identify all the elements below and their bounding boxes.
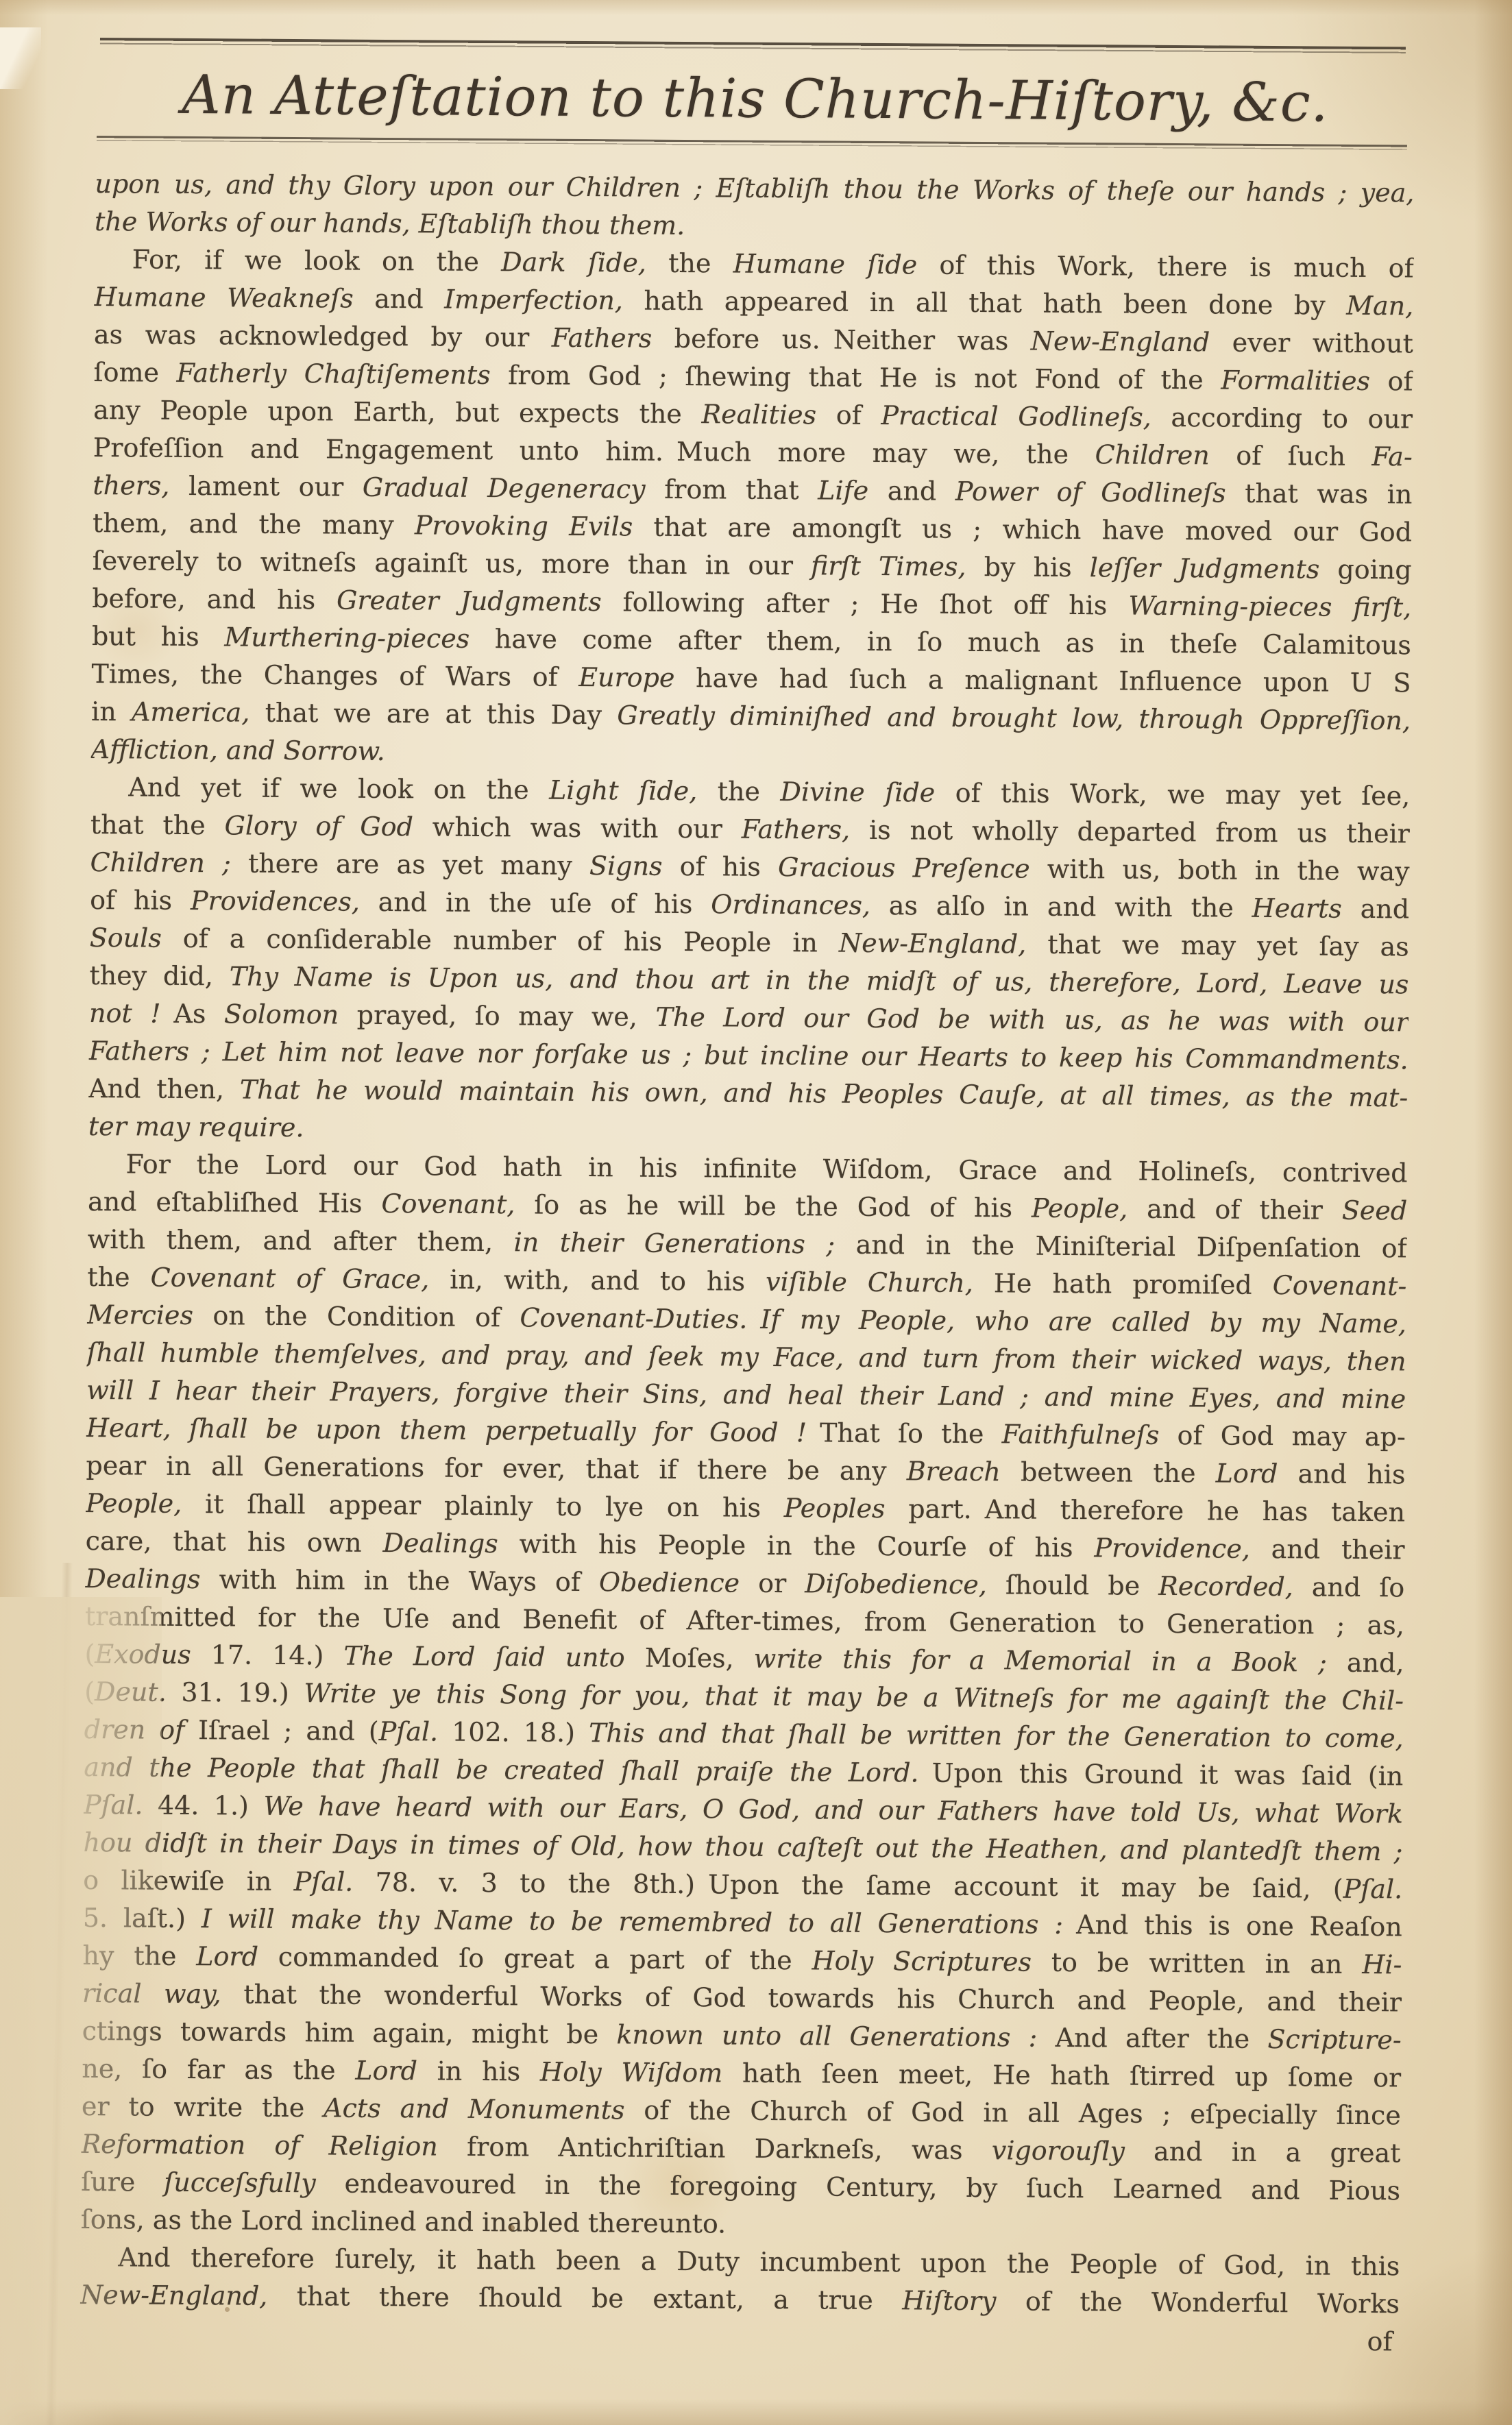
roman-text-run: of the Church of God in all Ages ; eſpec…	[624, 2095, 1401, 2130]
italic-text-run: Provoking Evils	[415, 510, 633, 541]
italic-text-run: Solomon	[224, 999, 339, 1029]
roman-text-run: them, and the many	[93, 508, 415, 540]
italic-text-run: Europe	[578, 662, 674, 693]
italic-text-run: Covenant-	[1273, 1270, 1407, 1301]
roman-text-run: of a conſiderable number of his People i…	[162, 923, 839, 958]
roman-text-run: 44. 1.)	[143, 1790, 263, 1820]
roman-text-run: with him in the Ways of	[200, 1564, 599, 1597]
italic-text-run: Souls	[90, 923, 162, 953]
roman-text-run: er to write the	[82, 2091, 324, 2123]
italic-text-run: known unto all Generations :	[616, 2019, 1037, 2052]
roman-text-run: that there ſhould be extant, a true	[267, 2281, 902, 2315]
roman-text-run: in, with, and to his	[429, 1264, 766, 1296]
italic-text-run: ſucceſsfully	[164, 2167, 316, 2199]
italic-text-run: Power of Godlineſs	[955, 476, 1226, 509]
italic-text-run: Dealings	[382, 1528, 498, 1559]
italic-text-run: Seed	[1342, 1195, 1408, 1226]
italic-text-run: Pſal.	[84, 1790, 143, 1820]
roman-text-run: and of their	[1127, 1193, 1342, 1225]
roman-text-run: And then,	[88, 1073, 240, 1105]
roman-text-run: of God may ap-	[1159, 1420, 1406, 1452]
paragraph: upon us, and thy Glory upon our Children…	[95, 165, 1415, 249]
italic-text-run: The Lord ſaid unto	[343, 1640, 625, 1672]
roman-text-run: hath appeared in all that hath been done…	[623, 285, 1347, 320]
italic-text-run: rical way,	[82, 1978, 221, 2009]
roman-text-run: ſons, as the Lord inclined and inabled t…	[81, 2204, 727, 2239]
roman-text-run: Moſes,	[625, 1642, 754, 1673]
italic-text-run: Holy Wiſdom	[540, 2056, 723, 2088]
italic-text-run: Signs	[589, 851, 663, 881]
roman-text-run: and eſtabliſhed His	[88, 1186, 382, 1219]
italic-text-run: leſſer Judgments	[1090, 552, 1320, 584]
italic-text-run: Recorded,	[1158, 1571, 1293, 1602]
italic-text-run: Scripture-	[1267, 2024, 1402, 2055]
roman-text-run: ever without	[1210, 327, 1413, 358]
italic-text-run: Divine ſide	[780, 777, 935, 808]
page-content: An Atteſtation to this Church-Hiſtory, &…	[80, 38, 1415, 2361]
italic-text-run: upon us, and thy Glory upon our Children…	[95, 169, 1414, 208]
roman-text-run: on the Condition of	[193, 1300, 520, 1332]
roman-text-run: prayed, ſo may we,	[339, 999, 656, 1032]
roman-text-run: from Antichriſtian Darkneſs, was	[438, 2131, 992, 2165]
roman-text-run: in his	[417, 2056, 540, 2086]
roman-text-run: as was acknowledged by our	[94, 319, 552, 353]
roman-text-run: and	[868, 476, 955, 507]
italic-text-run: Deut.	[95, 1677, 167, 1707]
roman-text-run: ſeverely to witneſs againſt us, more tha…	[93, 546, 812, 581]
page-title: An Atteſtation to this Church-Hiſtory, &…	[95, 66, 1415, 134]
roman-text-run: Profeſſion and Engagement unto him. Much…	[93, 432, 1095, 470]
roman-text-run: any People upon Earth, but expects the	[93, 395, 702, 429]
roman-text-run: the	[697, 776, 781, 807]
roman-text-run: but his	[92, 621, 225, 652]
italic-text-run: vigorouſly	[992, 2135, 1125, 2166]
italic-text-run: Acts and Monuments	[324, 2093, 625, 2125]
roman-text-run: Times, the Changes of Wars of	[91, 659, 578, 692]
roman-text-run: 78. v. 3 to the 8th.) Upon the ſame acco…	[353, 1866, 1343, 1903]
italic-text-run: New-England,	[839, 927, 1027, 959]
roman-text-run: have had ſuch a malignant Influence upon…	[674, 663, 1411, 698]
roman-text-run: following after ; He ſhot off his	[602, 587, 1129, 620]
italic-text-run: firſt Times,	[811, 550, 966, 582]
roman-text-run: For the Lord our God hath in his infinit…	[125, 1149, 1407, 1188]
italic-text-run: ter may require.	[88, 1111, 304, 1143]
italic-text-run: Dealings	[85, 1563, 201, 1594]
roman-text-run: and in the uſe of his	[360, 887, 711, 920]
roman-text-run: the	[87, 1262, 151, 1293]
roman-text-run: or	[740, 1568, 805, 1598]
italic-text-run: in their Generations ;	[514, 1227, 836, 1259]
italic-text-run: People,	[1032, 1193, 1128, 1223]
body-text: upon us, and thy Glory upon our Children…	[80, 165, 1415, 2323]
italic-text-run: We have heard with our Ears, O God, and …	[263, 1791, 1403, 1829]
page-corner-chip	[0, 27, 41, 89]
roman-text-run: of this Work, there is much of	[917, 249, 1414, 283]
roman-text-run: is not wholly departed from us their	[850, 815, 1410, 849]
roman-text-run: part. And therefore he has taken	[885, 1494, 1405, 1527]
italic-text-run: Covenant-Duties. If my People, who are c…	[520, 1302, 1406, 1339]
roman-text-run: As	[160, 998, 224, 1029]
italic-text-run: Fathers	[552, 322, 653, 353]
roman-text-run: And yet if we look on the	[128, 772, 549, 805]
italic-text-run: hou didſt in their Days in times of Old,…	[83, 1827, 1402, 1866]
italic-text-run: Warning-pieces firſt,	[1128, 590, 1411, 622]
roman-text-run: which was with our	[413, 812, 742, 844]
roman-text-run: to be written in an	[1032, 1947, 1363, 1979]
italic-text-run: thers,	[93, 470, 169, 501]
italic-text-run: Write ye this Song for you, that it may …	[304, 1678, 1404, 1716]
roman-text-run: and	[1342, 894, 1410, 925]
roman-text-run: they did,	[89, 960, 230, 991]
roman-text-run: 5. laſt.)	[83, 1903, 202, 1934]
roman-text-run: with his People in the Courſe of his	[498, 1528, 1095, 1563]
roman-text-run: that was in	[1226, 478, 1412, 509]
italic-text-run: Fa-	[1371, 441, 1413, 472]
roman-text-run: from that	[645, 474, 818, 505]
roman-text-run: o likewiſe in	[83, 1865, 294, 1897]
roman-text-run: pear in all Generations for ever, that i…	[86, 1450, 907, 1486]
roman-text-run: That ſo the	[807, 1417, 1002, 1449]
roman-text-run: that the	[90, 809, 225, 840]
italic-text-run: Diſobedience,	[805, 1568, 987, 1600]
italic-text-run: not !	[89, 998, 161, 1029]
roman-text-run: that the wonderful Works of God towards …	[221, 1979, 1402, 2017]
roman-text-run: hy the	[82, 1940, 196, 1971]
roman-text-run: going	[1319, 554, 1412, 585]
roman-text-run: and his	[1278, 1459, 1405, 1489]
roman-text-run: care, that his own	[86, 1526, 383, 1558]
paragraph: For, if we look on the Dark ſide, the Hu…	[91, 241, 1414, 777]
roman-text-run: by his	[966, 552, 1089, 583]
roman-text-run: and in the Miniſterial Diſpenſation of	[835, 1229, 1407, 1263]
roman-text-run: of the Wonderful Works	[996, 2286, 1400, 2319]
italic-text-run: Murthering-pieces	[224, 622, 470, 653]
italic-text-run: The Lord our God be with us, as he was w…	[655, 1002, 1409, 1038]
roman-text-run: ſo as he will be the God of his	[515, 1189, 1032, 1223]
italic-text-run: Peoples	[784, 1493, 886, 1524]
italic-text-run: Providence,	[1094, 1533, 1250, 1564]
italic-text-run: Fatherly Chaſtiſements	[176, 358, 490, 390]
italic-text-run: Exodus	[95, 1639, 191, 1670]
roman-text-run: hath ſeen meet, He hath ſtirred up ſome …	[722, 2058, 1401, 2093]
roman-text-run: it ſhall appear plainly to lye on his	[182, 1489, 784, 1523]
roman-text-run: before, and his	[92, 583, 337, 615]
italic-text-run: will I hear their Prayers, forgive their…	[86, 1375, 1406, 1414]
italic-text-run: Glory of God	[224, 810, 413, 842]
roman-text-run: according to our	[1151, 402, 1413, 435]
italic-text-run: New-England,	[80, 2280, 268, 2311]
italic-text-run: Humane Weakneſs	[94, 282, 354, 314]
italic-text-run: Fathers,	[742, 814, 851, 844]
italic-text-run: Lord	[355, 2056, 417, 2086]
roman-text-run: that we may yet ſay as	[1026, 929, 1409, 962]
italic-text-run: write this for a Memorial in a Book ;	[754, 1644, 1327, 1678]
italic-text-run: Lord	[196, 1941, 258, 1972]
roman-text-run: lament our	[169, 471, 363, 502]
italic-text-run: Thy Name is Upon us, and thou art in the…	[230, 961, 1409, 999]
paragraph: And therefore ſurely, it hath been a Dut…	[80, 2239, 1400, 2323]
italic-text-run: Hiſtory	[902, 2285, 996, 2316]
italic-text-run: Heart, ſhall be upon them perpetually fo…	[86, 1413, 807, 1448]
italic-text-run: Greatly diminiſhed and brought low, thro…	[617, 700, 1411, 735]
italic-text-run: Hearts	[1252, 893, 1342, 924]
italic-text-run: Covenant,	[381, 1189, 515, 1219]
italic-text-run: Light ſide,	[549, 775, 697, 806]
italic-text-run: Reformation of Religion	[81, 2129, 438, 2162]
roman-text-run: ne, ſo far as the	[82, 2054, 355, 2086]
title-rule-top	[100, 38, 1406, 54]
italic-text-run: Pſal.	[294, 1866, 354, 1897]
catchword: of	[1367, 2326, 1392, 2356]
roman-text-run: that are amongſt us ; which have moved o…	[633, 511, 1412, 547]
roman-text-run: For, if we look on the	[132, 244, 502, 277]
italic-text-run: Pſal.	[1343, 1874, 1403, 1905]
roman-text-run: between the	[1001, 1457, 1216, 1488]
roman-text-run: He hath promiſed	[973, 1268, 1273, 1300]
roman-text-run: before us. Neither was	[652, 323, 1031, 356]
italic-text-run: Pſal.	[379, 1716, 439, 1747]
roman-text-run: in	[91, 696, 132, 727]
italic-text-run: the Works of our hands, Eſtabliſh thou t…	[95, 206, 685, 241]
italic-text-run: Breach	[907, 1456, 1001, 1487]
italic-text-run: Fathers ; Let him not leave nor forſake …	[89, 1036, 1409, 1075]
roman-text-run: ſome	[93, 357, 176, 388]
roman-text-run: (	[84, 1639, 95, 1669]
roman-text-run: there are as yet many	[231, 848, 589, 881]
roman-text-run: of	[816, 400, 881, 430]
italic-text-run: Formalities	[1221, 365, 1370, 396]
roman-text-run: of ſuch	[1210, 440, 1372, 472]
italic-text-run: Faithfulneſs	[1002, 1419, 1160, 1450]
book-page: An Atteſtation to this Church-Hiſtory, &…	[0, 0, 1512, 2425]
roman-text-run: ctings towards him again, might be	[82, 2016, 617, 2049]
roman-text-run: Upon this Ground it was ſaid (in	[918, 1757, 1403, 1791]
roman-text-run: of	[1370, 366, 1413, 396]
roman-text-run: ſhould be	[987, 1570, 1159, 1601]
roman-text-run: the	[646, 247, 733, 278]
italic-text-run: viſible Church,	[766, 1267, 973, 1298]
italic-text-run: dren of	[84, 1714, 185, 1745]
roman-text-run: as alſo in and with the	[870, 890, 1252, 923]
italic-text-run: I will make thy Name to be remembred to …	[202, 1903, 1064, 1940]
roman-text-run: commanded ſo great a part of the	[258, 1942, 812, 1976]
title-rule-bottom	[97, 136, 1407, 151]
roman-text-run: and ſo	[1293, 1572, 1405, 1603]
roman-text-run: and their	[1250, 1534, 1405, 1565]
italic-text-run: New-England	[1031, 326, 1210, 357]
roman-text-run: and in a great	[1125, 2136, 1401, 2168]
paragraph: For the Lord our God hath in his infinit…	[81, 1145, 1408, 2247]
italic-text-run: and the People that ſhall be created ſha…	[84, 1752, 918, 1788]
paragraph: And yet if we look on the Light ſide, th…	[88, 768, 1411, 1154]
italic-text-run: Ordinances,	[711, 889, 870, 921]
roman-text-run: tranſmitted for the Uſe and Benefit of A…	[85, 1601, 1404, 1640]
roman-text-run: 31. 19.)	[167, 1677, 304, 1708]
italic-text-run: Affliction, and Sorrow.	[91, 734, 385, 766]
gutter-crease	[45, 1563, 73, 2425]
roman-text-run: (	[84, 1677, 95, 1707]
italic-text-run: Gradual Degeneracy	[363, 472, 646, 504]
roman-text-run: with us, both in the way	[1030, 853, 1410, 886]
roman-text-run: that we are at this Day	[249, 697, 617, 730]
roman-text-run: 102. 18.)	[438, 1716, 589, 1748]
roman-text-run: with them, and after them,	[88, 1224, 514, 1257]
roman-text-run: of his	[662, 851, 778, 882]
italic-text-run: Hi-	[1362, 1949, 1402, 1979]
roman-text-run: endeavoured in the foregoing Century, by…	[316, 2168, 1401, 2206]
italic-text-run: Holy Scriptures	[812, 1945, 1032, 1977]
roman-text-run: have come after them, in ſo much as in t…	[470, 624, 1411, 661]
italic-text-run: That he would maintain his own, and his …	[240, 1074, 1409, 1112]
italic-text-run: This and that ſhall be written for the G…	[589, 1718, 1404, 1753]
italic-text-run: Practical Godlineſs,	[881, 400, 1151, 432]
italic-text-run: Life	[818, 475, 868, 506]
italic-text-run: America,	[132, 696, 250, 727]
roman-text-run: and,	[1327, 1647, 1404, 1678]
italic-text-run: Gracious Preſence	[778, 852, 1030, 884]
italic-text-run: People,	[86, 1488, 182, 1519]
roman-text-run: And after the	[1037, 2022, 1267, 2054]
italic-text-run: Covenant of Grace,	[150, 1262, 429, 1294]
italic-text-run: Imperfection,	[444, 284, 623, 315]
italic-text-run: Children ;	[90, 847, 231, 878]
italic-text-run: ſhall humble themſelves, and pray, and ſ…	[86, 1337, 1406, 1376]
roman-text-run: of his	[90, 885, 191, 916]
italic-text-run: Man,	[1346, 291, 1413, 321]
roman-text-run: from God ; ſhewing that He is not Fond o…	[491, 360, 1221, 395]
roman-text-run: 17. 14.)	[191, 1640, 344, 1671]
roman-text-run: ſure	[81, 2167, 164, 2197]
roman-text-run: Iſrael ; and (	[184, 1715, 379, 1746]
italic-text-run: Lord	[1216, 1458, 1278, 1489]
italic-text-run: Providences,	[191, 886, 360, 917]
italic-text-run: Mercies	[87, 1300, 193, 1330]
italic-text-run: Greater Judgments	[337, 585, 602, 617]
roman-text-run: of this Work, we may yet ſee,	[935, 777, 1410, 811]
italic-text-run: Dark ſide,	[501, 247, 646, 278]
roman-text-run: And therefore ſurely, it hath been a Dut…	[118, 2242, 1400, 2281]
italic-text-run: Children	[1095, 439, 1210, 470]
italic-text-run: Obedience	[599, 1567, 740, 1598]
roman-text-run: And this is one Reaſon	[1063, 1910, 1402, 1942]
roman-text-run: and	[354, 283, 445, 314]
italic-text-run: Humane ſide	[733, 248, 918, 280]
italic-text-run: Realities	[701, 399, 816, 430]
